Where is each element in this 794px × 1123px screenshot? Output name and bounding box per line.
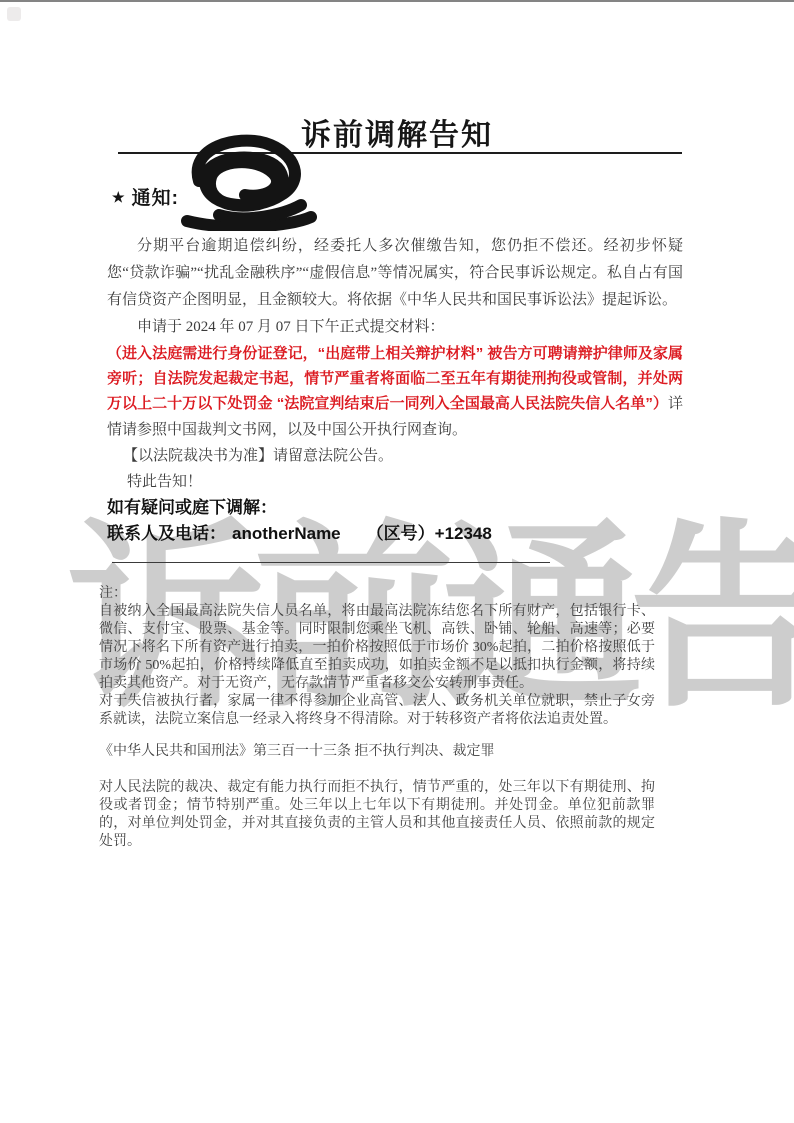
mediation-heading: 如有疑问或庭下调解： — [107, 495, 683, 521]
main-body: 分期平台逾期追偿纠纷，经委托人多次催缴告知，您仍拒不偿还。经初步怀疑您“贷款诈骗… — [107, 233, 683, 547]
warning-paragraph: （进入法庭需进行身份证登记，“出庭带上相关辩护材料” 被告方可聘请辩护律师及家属… — [107, 341, 683, 443]
submit-date-line: 申请于 2024 年 07 月 07 日下午正式提交材料： — [107, 314, 683, 341]
hereby-notice-line: 特此告知！ — [107, 469, 683, 495]
notes-section: 注： 自被纳入全国最高法院失信人员名单，将由最高法院冻结您名下所有财产，包括银行… — [99, 585, 655, 851]
red-warning-text: （进入法庭需进行身份证登记，“出庭带上相关辩护材料” 被告方可聘请辩护律师及家属… — [107, 345, 683, 412]
scribble-icon — [163, 131, 317, 231]
intro-paragraph: 分期平台逾期追偿纠纷，经委托人多次催缴告知，您仍拒不偿还。经初步怀疑您“贷款诈骗… — [107, 233, 683, 314]
page-top-border — [0, 0, 794, 2]
contact-label: 联系人及电话： — [107, 524, 226, 543]
notes-paragraph-2: 对于失信被执行者，家属一律不得参加企业高管、法人、政务机关单位就职，禁止子女旁系… — [99, 693, 655, 729]
court-basis-line: 【以法院裁决书为准】请留意法院公告。 — [107, 443, 683, 469]
contact-phone: （区号）+12348 — [367, 524, 492, 543]
document-page: 诉前通告 诉前调解告知 ★通知: 分期平台逾期追偿纠纷，经委托人多次催缴告知，您… — [0, 0, 794, 1123]
contact-line: 联系人及电话：anotherName（区号）+12348 — [107, 521, 683, 547]
notes-divider-line — [112, 562, 550, 563]
ink-scribble-redaction — [163, 131, 317, 236]
page-title: 诉前调解告知 — [0, 118, 794, 154]
notes-paragraph-1: 自被纳入全国最高法院失信人员名单，将由最高法院冻结您名下所有财产，包括银行卡、微… — [99, 603, 655, 693]
law-article-title: 《中华人民共和国刑法》第三百一十三条 拒不执行判决、裁定罪 — [99, 743, 655, 761]
star-icon: ★ — [112, 189, 125, 205]
law-article-body: 对人民法院的裁决、裁定有能力执行而拒不执行，情节严重的，处三年以下有期徒刑、拘役… — [99, 779, 655, 851]
corner-smudge — [7, 7, 21, 21]
notes-label: 注： — [99, 585, 655, 603]
contact-name: anotherName — [232, 524, 341, 543]
